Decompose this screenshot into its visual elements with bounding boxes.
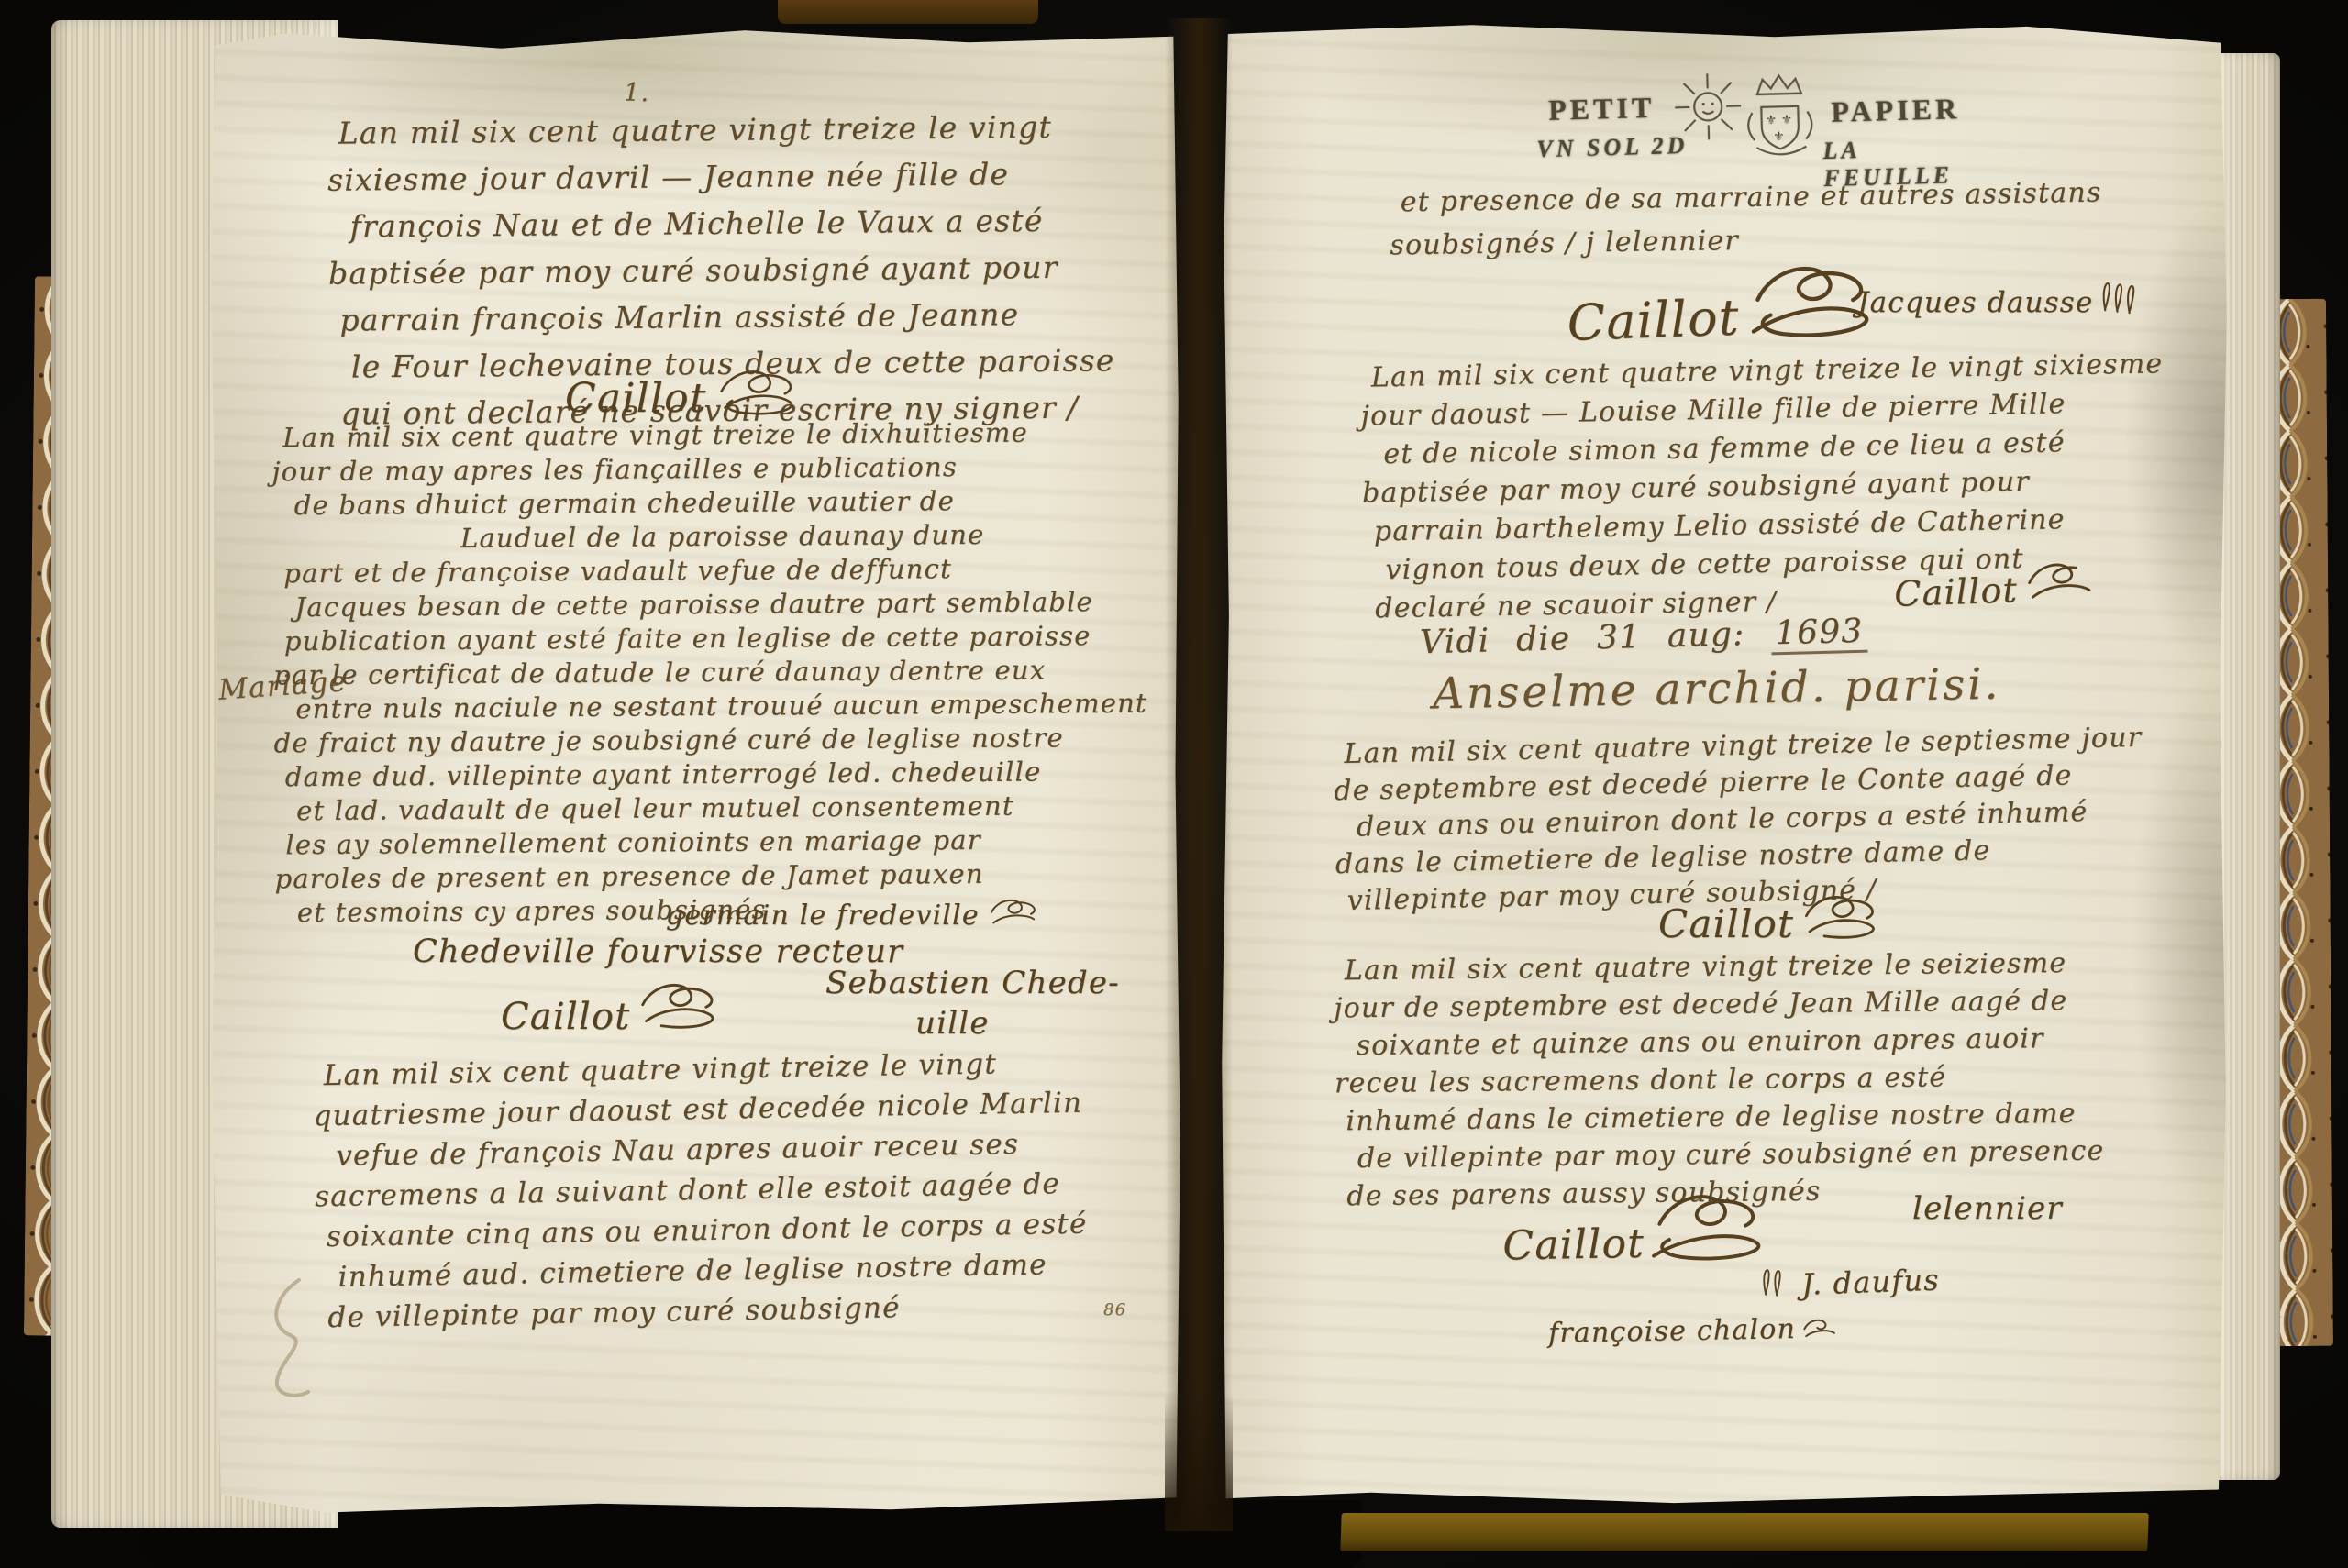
- manuscript-line: et lad. vadault de quel leur mutuel cons…: [296, 789, 1148, 828]
- signature-flourish-icon: [2099, 268, 2139, 319]
- signature-daufus: J. daufus: [1758, 1250, 1940, 1304]
- signature-flourish-icon: [1758, 1254, 1797, 1303]
- manuscript-line: Jacques besan de cette paroisse dautre p…: [294, 585, 1146, 624]
- archdeacon-signature: Anselme archid. parisi.: [1433, 659, 2001, 720]
- signature-flourish-icon: [713, 363, 804, 422]
- manuscript-line: de bans dhuict germain chedeuille vautie…: [294, 483, 1146, 523]
- foot-folio-number: 86: [1103, 1300, 1126, 1320]
- signature-name: germain le fredeville: [666, 900, 980, 932]
- signature-name: Caillot: [1894, 569, 2019, 614]
- signature-jacques-dausse: Jacques dausse: [1857, 268, 2139, 319]
- marriage-record-entry: Lan mil six cent quatre vingt treize le …: [271, 415, 1148, 931]
- signature-caillot: Caillot: [1565, 253, 1883, 352]
- signature-sebastien-chedeville-line2: uille: [915, 1005, 990, 1042]
- signature-name: Caillot: [1502, 1220, 1645, 1270]
- signature-caillot: Caillot: [501, 974, 724, 1038]
- burial-record-entry: Lan mil six cent quatre vingt treize le …: [1334, 944, 2105, 1216]
- signature-name: Jacques dausse: [1857, 286, 2093, 319]
- manuscript-line: baptisée par moy curé soubsigné ayant po…: [328, 243, 1114, 296]
- manuscript-line: Lauduel de la paroisse daunay dune: [460, 517, 1146, 556]
- svg-text:⚜: ⚜: [1773, 129, 1785, 144]
- signature-flourish-icon: [1801, 1313, 1841, 1345]
- manuscript-line: dame dud. villepinte ayant interrogé led…: [285, 755, 1148, 795]
- signature-name: Caillot: [1658, 901, 1794, 946]
- signature-flourish-icon: [636, 974, 724, 1038]
- book-spine-bottom-edge: [1340, 1513, 2148, 1551]
- svg-text:⚜: ⚜: [1765, 113, 1777, 127]
- manuscript-line: de villepinte par moy curé soubsigné en …: [1357, 1132, 2105, 1178]
- signature-name: uille: [915, 1005, 990, 1042]
- book-gutter: [1165, 18, 1233, 1531]
- svg-text:⚜: ⚜: [1780, 113, 1792, 127]
- manuscript-line: sixiesme jour davril — Jeanne née fille …: [327, 149, 1113, 203]
- signature-flourish-icon: [2022, 556, 2101, 610]
- manuscript-page-left: 1. Lan mil six cent quatre vingt treize …: [209, 28, 1183, 1518]
- visa-text: Vidi die 31 aug:: [1420, 615, 1745, 661]
- signature-name: Caillot: [565, 375, 707, 422]
- signature-sebastien-chedeville-line1: Sebastien Chede-: [825, 965, 1120, 1001]
- signature-francoise-chalon: françoise chalon: [1548, 1312, 1841, 1350]
- stamp-word-papier: PAPIER: [1831, 92, 1961, 129]
- manuscript-line: soixante et quinze ans ou enuiron apres …: [1356, 1020, 2103, 1066]
- signature-flourish-icon: [1800, 888, 1884, 946]
- signature-caillot: Caillot: [565, 363, 804, 422]
- manuscript-line: Lan mil six cent quatre vingt treize le …: [338, 103, 1113, 156]
- signature-lelennier: lelennier: [1912, 1190, 2063, 1227]
- stamp-word-petit: PETIT: [1548, 91, 1656, 127]
- signature-name: françoise chalon: [1548, 1313, 1797, 1350]
- signature-name: Caillot: [1567, 288, 1741, 352]
- signature-caillot: Caillot: [1658, 888, 1884, 946]
- sun-and-crowned-arms-icon: ⚜⚜⚜: [1668, 64, 1827, 189]
- manuscript-line: entre nuls naciule ne sestant trouué auc…: [295, 687, 1147, 726]
- pencil-scribble: [253, 1271, 336, 1408]
- signature-germain-le-fredeville: germain le fredeville: [666, 895, 1044, 932]
- signature-flourish-icon: [1649, 1182, 1770, 1266]
- manuscript-page-right: PETIT PAPIER VN SOL 2D LA FEUILLE ⚜⚜⚜ et: [1220, 22, 2229, 1507]
- signature-name: J. daufus: [1801, 1263, 1941, 1302]
- visa-year: 1693: [1771, 613, 1868, 656]
- signature-flourish-icon: [985, 895, 1044, 932]
- manuscript-line: Lan mil six cent quatre vingt treize le …: [282, 415, 1146, 456]
- manuscript-line: françois Nau et de Michelle le Vaux a es…: [349, 196, 1113, 249]
- signature-name: lelennier: [1912, 1190, 2063, 1227]
- signature-caillot: Caillot: [1501, 1182, 1769, 1269]
- signature-name: Sebastien Chede-: [825, 965, 1120, 1001]
- stamp-word-un-sol-2d: VN SOL 2D: [1536, 132, 1689, 163]
- folio-number: 1.: [624, 79, 649, 107]
- book-spine-top-edge: [778, 0, 1038, 24]
- manuscript-line: parrain françois Marlin assisté de Jeann…: [339, 290, 1114, 343]
- signature-caillot: Caillot: [1893, 556, 2101, 614]
- burial-record-entry: Lan mil six cent quatre vingt treize le …: [312, 1043, 1089, 1339]
- signature-name: Caillot: [501, 996, 630, 1038]
- continuation-record-entry: et presence de sa marraine et autres ass…: [1389, 171, 2102, 268]
